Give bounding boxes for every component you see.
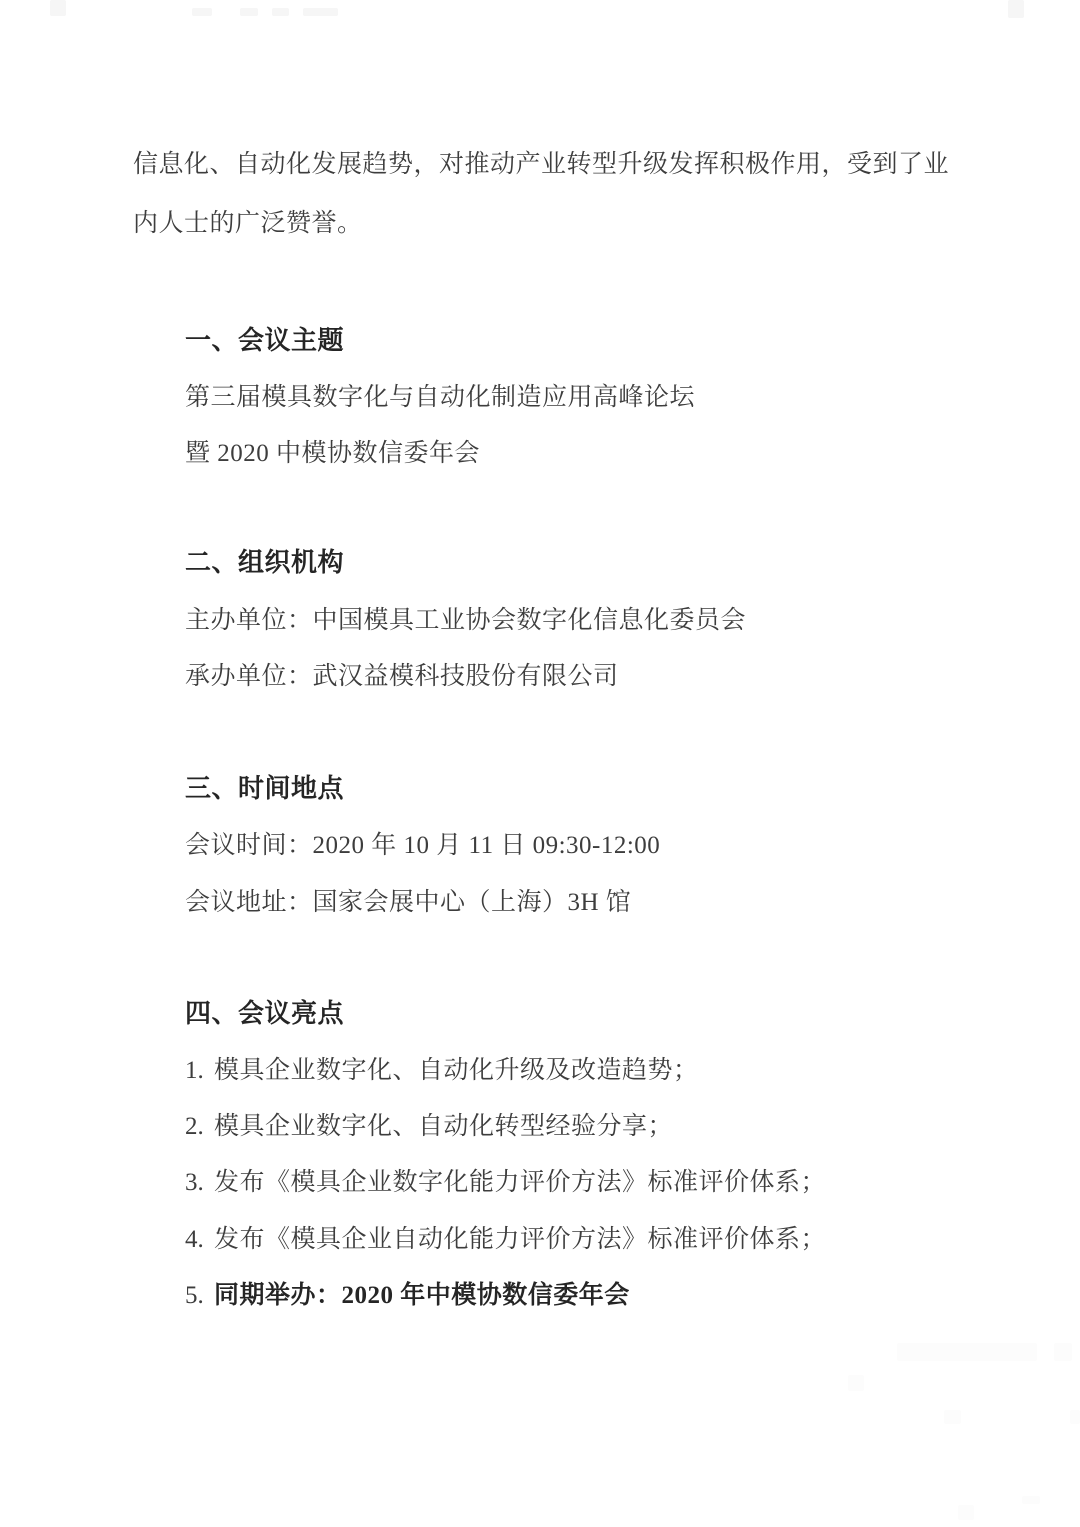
scan-artifact	[50, 0, 66, 16]
meeting-address-line: 会议地址：国家会展中心（上海）3H 馆	[185, 887, 631, 919]
list-item-number: 1.	[185, 1055, 214, 1087]
scan-artifact	[1022, 1496, 1040, 1504]
document-page: 信息化、自动化发展趋势，对推动产业转型升级发挥积极作用，受到了业 内人士的广泛赞…	[0, 0, 1080, 1527]
section-heading-time-place: 三、时间地点	[185, 773, 344, 805]
scan-artifact	[303, 8, 338, 16]
organizer-undertaker-line: 承办单位：武汉益模科技股份有限公司	[185, 661, 619, 693]
list-item-text: 发布《模具企业数字化能力评价方法》标准评价体系；	[214, 1169, 826, 1196]
list-item-number: 3.	[185, 1167, 214, 1199]
scan-artifact	[958, 1505, 974, 1520]
intro-paragraph-line: 信息化、自动化发展趋势，对推动产业转型升级发挥积极作用，受到了业	[133, 149, 949, 181]
intro-paragraph-line: 内人士的广泛赞誉。	[133, 208, 363, 240]
highlight-list-item: 3.发布《模具企业数字化能力评价方法》标准评价体系；	[185, 1167, 826, 1199]
list-item-number: 2.	[185, 1111, 214, 1143]
scan-artifact	[848, 1375, 864, 1391]
list-item-text: 模具企业数字化、自动化转型经验分享；	[214, 1113, 673, 1140]
organizer-host-line: 主办单位：中国模具工业协会数字化信息化委员会	[185, 605, 746, 637]
list-item-text: 模具企业数字化、自动化升级及改造趋势；	[214, 1057, 699, 1084]
highlight-list-item: 1.模具企业数字化、自动化升级及改造趋势；	[185, 1055, 699, 1087]
scan-artifact	[272, 8, 289, 16]
scan-artifact	[1054, 1343, 1072, 1361]
section-heading-highlights: 四、会议亮点	[185, 998, 344, 1030]
scan-artifact	[192, 8, 212, 16]
section-heading-organizers: 二、组织机构	[185, 547, 344, 579]
scan-artifact	[240, 8, 258, 16]
list-item-number: 4.	[185, 1224, 214, 1256]
highlight-list-item: 5.同期举办：2020 年中模协数信委年会	[185, 1280, 630, 1312]
highlight-list-item: 2.模具企业数字化、自动化转型经验分享；	[185, 1111, 673, 1143]
meeting-time-line: 会议时间：2020 年 10 月 11 日 09:30-12:00	[185, 830, 660, 862]
meeting-theme-line: 暨 2020 中模协数信委年会	[185, 438, 480, 470]
highlight-list-item: 4.发布《模具企业自动化能力评价方法》标准评价体系；	[185, 1224, 826, 1256]
scan-artifact	[1070, 1410, 1080, 1424]
scan-artifact	[1008, 0, 1024, 18]
list-item-text: 同期举办：2020 年中模协数信委年会	[214, 1282, 630, 1309]
meeting-theme-line: 第三届模具数字化与自动化制造应用高峰论坛	[185, 382, 695, 414]
section-heading-meeting-theme: 一、会议主题	[185, 325, 344, 357]
scan-artifact	[897, 1343, 1037, 1361]
list-item-number: 5.	[185, 1280, 214, 1312]
list-item-text: 发布《模具企业自动化能力评价方法》标准评价体系；	[214, 1226, 826, 1253]
scan-artifact	[944, 1410, 961, 1424]
